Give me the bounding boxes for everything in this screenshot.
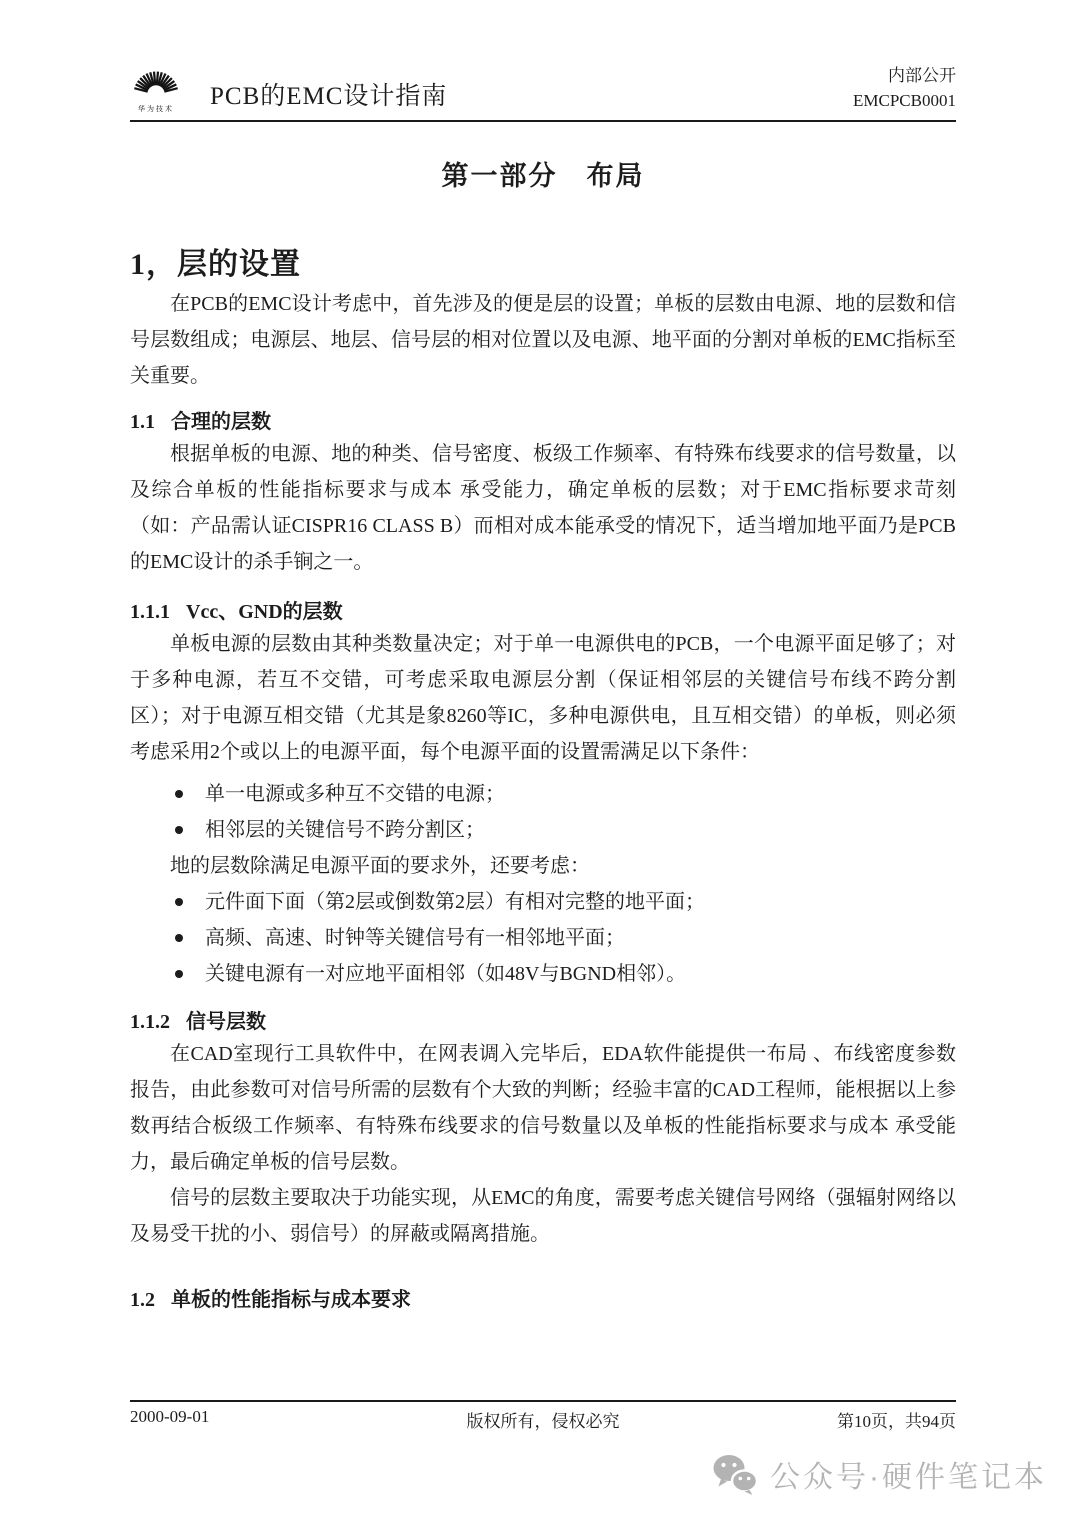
header-left: 华为技术 PCB的EMC设计指南	[130, 56, 447, 114]
document-title: PCB的EMC设计指南	[210, 76, 447, 114]
list-item-text: 元件面下面（第2层或倒数第2层）有相对完整的地平面；	[205, 884, 705, 920]
section-1-1-1-paragraph: 单板电源的层数由其种类数量决定；对于单一电源供电的PCB，一个电源平面足够了；对…	[130, 626, 956, 770]
section-number: 1.2	[130, 1289, 155, 1311]
section-number: 1.1.1	[130, 601, 170, 623]
section-number: 1.1.2	[130, 1011, 170, 1033]
ground-layers-note: 地的层数除满足电源平面的要求外，还要考虑：	[130, 848, 956, 884]
section-title: 单板的性能指标与成本要求	[171, 1289, 411, 1311]
bullet-icon	[175, 898, 183, 906]
list-item: 高频、高速、时钟等关键信号有一相邻地平面；	[130, 920, 956, 956]
part-title: 第一部分 布局	[130, 158, 956, 194]
header-right: 内部公开 EMCPCB0001	[853, 63, 956, 114]
section-1-1-2-paragraph-1: 在CAD室现行工具软件中，在网表调入完毕后，EDA软件能提供一布局 、布线密度参…	[130, 1036, 956, 1180]
intro-paragraph: 在PCB的EMC设计考虑中，首先涉及的便是层的设置；单板的层数由电源、地的层数和…	[130, 286, 956, 394]
section-heading-1-1-1: 1.1.1Vcc、GND的层数	[130, 598, 956, 626]
list-item: 单一电源或多种互不交错的电源；	[130, 776, 956, 812]
bullet-icon	[175, 826, 183, 834]
footer-copyright: 版权所有，侵权必究	[405, 1407, 680, 1432]
section-heading-1-2: 1.2单板的性能指标与成本要求	[130, 1286, 956, 1314]
chapter-heading: 1，层的设置	[130, 244, 956, 286]
fan-logo-icon	[130, 56, 182, 106]
bullet-icon	[175, 970, 183, 978]
footer-page-number: 第10页，共94页	[681, 1407, 956, 1432]
huawei-logo: 华为技术	[130, 56, 182, 114]
list-item: 相邻层的关键信号不跨分割区；	[130, 812, 956, 848]
bullet-list-power: 单一电源或多种互不交错的电源； 相邻层的关键信号不跨分割区； 地的层数除满足电源…	[130, 776, 956, 992]
footer-date: 2000-09-01	[130, 1407, 405, 1432]
classification-label: 内部公开	[853, 63, 956, 88]
document-content: 第一部分 布局 1，层的设置 在PCB的EMC设计考虑中，首先涉及的便是层的设置…	[130, 122, 956, 1314]
list-item-text: 高频、高速、时钟等关键信号有一相邻地平面；	[205, 920, 625, 956]
list-item-text: 关键电源有一对应地平面相邻（如48V与BGND相邻）。	[205, 956, 686, 992]
wechat-icon	[712, 1453, 758, 1495]
watermark-text: 公众号·硬件笔记本	[770, 1452, 1047, 1496]
document-code: EMCPCB0001	[853, 88, 956, 113]
section-heading-1-1-2: 1.1.2信号层数	[130, 1008, 956, 1036]
list-item-text: 单一电源或多种互不交错的电源；	[205, 776, 505, 812]
list-item: 元件面下面（第2层或倒数第2层）有相对完整的地平面；	[130, 884, 956, 920]
page-footer: 2000-09-01 版权所有，侵权必究 第10页，共94页	[130, 1400, 956, 1432]
section-title: 合理的层数	[171, 411, 271, 433]
bullet-icon	[175, 790, 183, 798]
bullet-icon	[175, 934, 183, 942]
section-title: Vcc、GND的层数	[186, 601, 343, 623]
document-page: 华为技术 PCB的EMC设计指南 内部公开 EMCPCB0001 第一部分 布局…	[0, 0, 1080, 1528]
logo-caption: 华为技术	[138, 106, 174, 114]
list-item: 关键电源有一对应地平面相邻（如48V与BGND相邻）。	[130, 956, 956, 992]
section-1-1-paragraph: 根据单板的电源、地的种类、信号密度、板级工作频率、有特殊布线要求的信号数量，以及…	[130, 436, 956, 580]
section-number: 1.1	[130, 411, 155, 433]
section-1-1-2-paragraph-2: 信号的层数主要取决于功能实现，从EMC的角度，需要考虑关键信号网络（强辐射网络以…	[130, 1180, 956, 1252]
page-header: 华为技术 PCB的EMC设计指南 内部公开 EMCPCB0001	[130, 0, 956, 122]
list-item-text: 相邻层的关键信号不跨分割区；	[205, 812, 485, 848]
wechat-watermark: 公众号·硬件笔记本	[712, 1452, 1047, 1496]
section-heading-1-1: 1.1合理的层数	[130, 408, 956, 436]
section-title: 信号层数	[186, 1011, 266, 1033]
